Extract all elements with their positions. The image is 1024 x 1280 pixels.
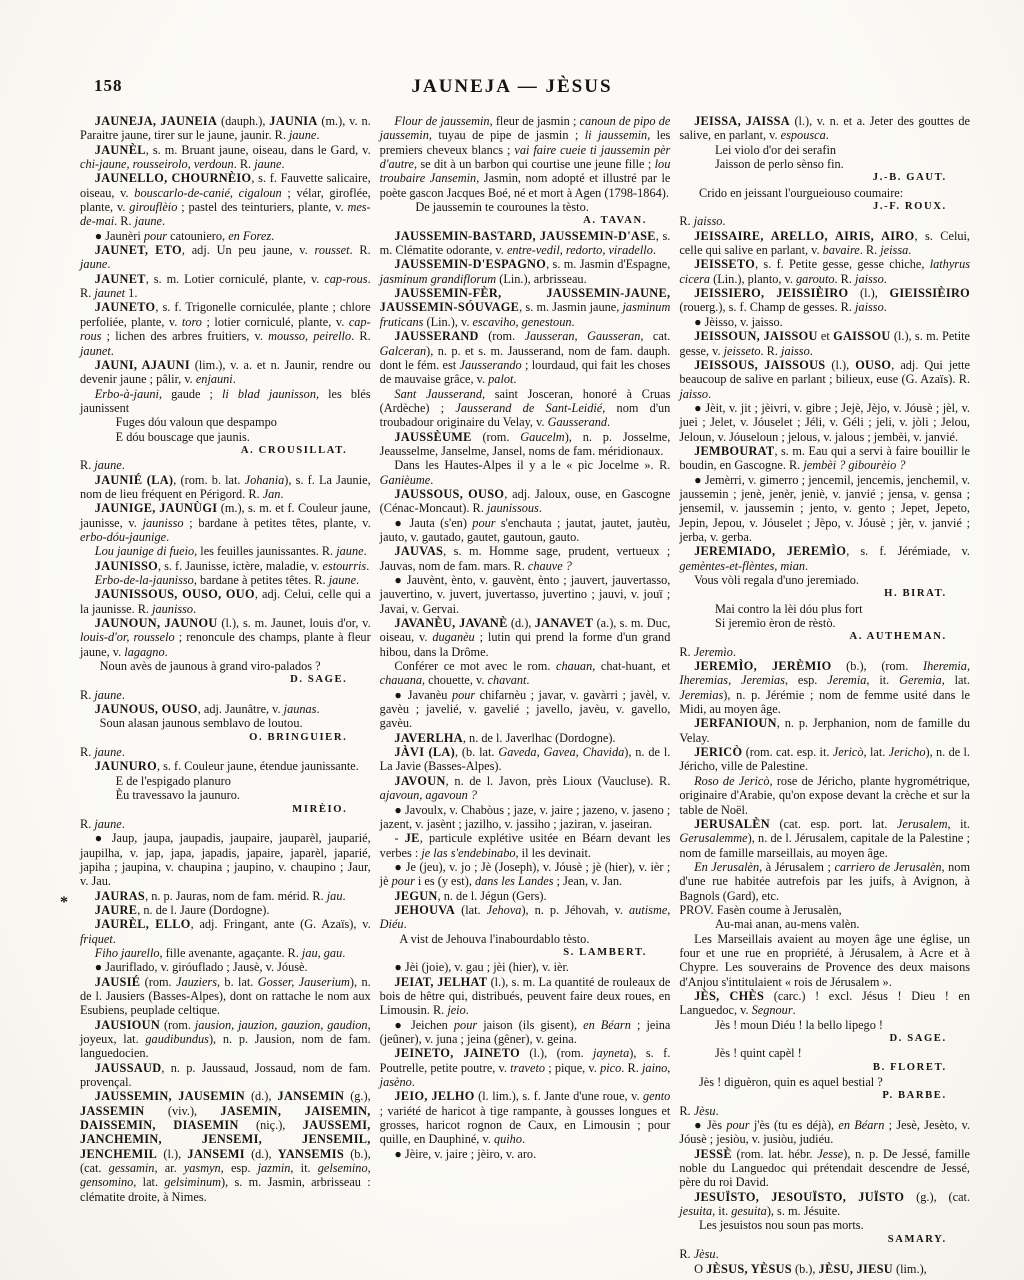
- dictionary-paragraph: Èu travessavo la jaunuro.: [116, 788, 371, 802]
- dictionary-paragraph: R. Jèsu.: [679, 1104, 970, 1118]
- dictionary-paragraph: R. Jèsu.: [679, 1247, 970, 1261]
- dictionary-paragraph: JAUVAS, s. m. Homme sage, prudent, vertu…: [380, 544, 671, 573]
- dictionary-paragraph: E de l'espigado planuro: [116, 774, 371, 788]
- dictionary-paragraph: JEIAT, JELHAT (l.), s. m. La quantité de…: [380, 975, 671, 1018]
- dictionary-paragraph: JERFANIOUN, n. p. Jerphanion, nom de fam…: [679, 716, 970, 745]
- dictionary-paragraph: P. BARBE.: [679, 1089, 970, 1103]
- dictionary-paragraph: JAURE, n. de l. Jaure (Dordogne).: [80, 903, 371, 917]
- dictionary-paragraph: JAUSSEMIN-FÈR, JAUSSEMIN-JAUNE, JAUSSEMI…: [380, 286, 671, 329]
- page-title: JAUNEJA — JÈSUS: [0, 76, 1024, 98]
- dictionary-paragraph: JEISSAIRE, ARELLO, AIRIS, AIRO, s. Celui…: [679, 229, 970, 258]
- dictionary-paragraph: Si jeremìo èron de rèstò.: [715, 616, 970, 630]
- dictionary-paragraph: JESSÈ (rom. lat. hébr. Jesse), n. p. De …: [679, 1147, 970, 1190]
- dictionary-paragraph: Les Marseillais avaient au moyen âge une…: [679, 932, 970, 989]
- dictionary-paragraph: JAUSSERAND (rom. Jausseran, Gausseran, c…: [380, 329, 671, 386]
- dictionary-paragraph: JAUNEJA, JAUNEIA (dauph.), JAUNIA (m.), …: [80, 114, 371, 143]
- dictionary-paragraph: R. jaisso.: [679, 214, 970, 228]
- dictionary-paragraph: J.-B. GAUT.: [679, 171, 970, 185]
- dictionary-paragraph: JEISSETO, s. f. Petite gesse, gesse chic…: [679, 257, 970, 286]
- dictionary-paragraph: JAUSSEMIN-D'ESPAGNO, s. m. Jasmin d'Espa…: [380, 257, 671, 286]
- dictionary-paragraph: JAUNELLO, CHOURNÈIO, s. f. Fauvette sali…: [80, 171, 371, 228]
- dictionary-paragraph: ● Jauta (s'en) pour s'enchauta ; jautat,…: [380, 516, 671, 545]
- dictionary-paragraph: ● Jauriflado, v. giróuflado ; Jausè, v. …: [80, 960, 371, 974]
- dictionary-paragraph: Mai contro la lèi dóu plus fort: [715, 602, 970, 616]
- dictionary-paragraph: JAUNET, ETO, adj. Un peu jaune, v. rouss…: [80, 243, 371, 272]
- dictionary-paragraph: De jaussemin te courounes la tèsto.: [415, 200, 670, 214]
- dictionary-paragraph: Conférer ce mot avec le rom. chauan, cha…: [380, 659, 671, 688]
- dictionary-paragraph: A vist de Jehouva l'inabourdablo tèsto.: [399, 932, 670, 946]
- dictionary-paragraph: S. LAMBERT.: [380, 946, 671, 960]
- dictionary-paragraph: JAUSSEMIN-BASTARD, JAUSSEMIN-D'ASE, s. m…: [380, 229, 671, 258]
- margin-asterisk: *: [60, 894, 68, 912]
- dictionary-paragraph: Lei violo d'or dei serafin: [715, 143, 970, 157]
- dictionary-paragraph: JEMBOURAT, s. m. Eau qui a servi à faire…: [679, 444, 970, 473]
- dictionary-paragraph: JAUNI, AJAUNI (lim.), v. a. et n. Jaunir…: [80, 358, 371, 387]
- dictionary-paragraph: Les jesuistos nou soun pas morts.: [699, 1218, 970, 1232]
- dictionary-paragraph: JAUNISSO, s. f. Jaunisse, ictère, maladi…: [80, 559, 371, 573]
- dictionary-paragraph: Soun alasan jaunous semblavo de loutou.: [100, 716, 371, 730]
- dictionary-paragraph: O JÈSUS, YÈSUS (b.), JÈSU, JIESU (lim.),: [679, 1262, 970, 1276]
- dictionary-paragraph: JEGUN, n. de l. Jégun (Gers).: [380, 889, 671, 903]
- dictionary-paragraph: ● Jaunèri pour catouniero, en Forez.: [80, 229, 371, 243]
- dictionary-paragraph: JEHOUVA (lat. Jehova), n. p. Jéhovah, v.…: [380, 903, 671, 932]
- dictionary-paragraph: Vous vòli regala d'uno jeremiado.: [679, 573, 970, 587]
- dictionary-paragraph: Roso de Jericò, rose de Jéricho, plante …: [679, 774, 970, 817]
- dictionary-paragraph: ● Jemèrri, v. gimerro ; jencemil, jencem…: [679, 473, 970, 545]
- dictionary-paragraph: ● Javoulx, v. Chabòus ; jaze, v. jaire ;…: [380, 803, 671, 832]
- dictionary-paragraph: JAVERLHA, n. de l. Javerlhac (Dordogne).: [380, 731, 671, 745]
- dictionary-paragraph: R. Jeremìo.: [679, 645, 970, 659]
- dictionary-paragraph: JÈS, CHÈS (carc.) ! excl. Jésus ! Dieu !…: [679, 989, 970, 1018]
- dictionary-paragraph: JAURÈL, ELLO, adj. Fringant, ante (G. Az…: [80, 917, 371, 946]
- dictionary-paragraph: JAUNOUN, JAUNOU (l.), s. m. Jaunet, loui…: [80, 616, 371, 659]
- dictionary-paragraph: JAVOUN, n. de l. Javon, près Lioux (Vauc…: [380, 774, 671, 803]
- dictionary-paragraph: R. jaune.: [80, 745, 371, 759]
- dictionary-paragraph: ● Je (jeu), v. jo ; Jè (Joseph), v. Jóus…: [380, 860, 671, 889]
- dictionary-paragraph: Jès ! moun Diéu ! la bello lipego !: [715, 1018, 970, 1032]
- dictionary-paragraph: ● Jèire, v. jaire ; jèiro, v. aro.: [380, 1147, 671, 1161]
- dictionary-paragraph: SAMARY.: [679, 1233, 970, 1247]
- dictionary-paragraph: Jès ! quint capèl !: [715, 1046, 970, 1060]
- dictionary-paragraph: JAUNETO, s. f. Trigonelle corniculée, pl…: [80, 300, 371, 357]
- dictionary-paragraph: Jès ! diguèron, quin es aquel bestial ?: [699, 1075, 970, 1089]
- dictionary-paragraph: Dans les Hautes-Alpes il y a le « pic Jo…: [380, 458, 671, 487]
- dictionary-paragraph: JAUNET, s. m. Lotier corniculé, plante, …: [80, 272, 371, 301]
- dictionary-paragraph: JAUNURO, s. f. Couleur jaune, étendue ja…: [80, 759, 371, 773]
- dictionary-paragraph: O. BRINGUIER.: [80, 731, 371, 745]
- dictionary-paragraph: Lou jaunige di fueio, les feuilles jauni…: [80, 544, 371, 558]
- dictionary-paragraph: JEISSOUN, JAISSOU et GAISSOU (l.), s. m.…: [679, 329, 970, 358]
- dictionary-paragraph: JAUNIÉ (LA), (rom. b. lat. Johania), s. …: [80, 473, 371, 502]
- dictionary-paragraph: JESUÏSTO, JESOUÏSTO, JUÏSTO (g.), (cat. …: [679, 1190, 970, 1219]
- dictionary-paragraph: JAUNOUS, OUSO, adj. Jaunâtre, v. jaunas.: [80, 702, 371, 716]
- dictionary-paragraph: ● Jauvènt, ènto, v. gauvènt, ènto ; jauv…: [380, 573, 671, 616]
- dictionary-paragraph: JAUNISSOUS, OUSO, OUO, adj. Celui, celle…: [80, 587, 371, 616]
- dictionary-paragraph: JERUSALÈN (cat. esp. port. lat. Jerusale…: [679, 817, 970, 860]
- dictionary-paragraph: - JE, particule explétive usitée en Béar…: [380, 831, 671, 860]
- dictionary-paragraph: JEINETO, JAINETO (l.), (rom. jayneta), s…: [380, 1046, 671, 1089]
- dictionary-paragraph: A. AUTHEMAN.: [679, 630, 970, 644]
- dictionary-paragraph: JEISSA, JAISSA (l.), v. n. et a. Jeter d…: [679, 114, 970, 143]
- dictionary-paragraph: JAUSSAUD, n. p. Jaussaud, Jossaud, nom d…: [80, 1061, 371, 1090]
- dictionary-paragraph: JAUNIGE, JAUNÙGI (m.), s. m. et f. Coule…: [80, 501, 371, 544]
- dictionary-paragraph: H. BIRAT.: [679, 587, 970, 601]
- dictionary-paragraph: JAUNÈL, s. m. Bruant jaune, oiseau, dans…: [80, 143, 371, 172]
- text-columns: JAUNEJA, JAUNEIA (dauph.), JAUNIA (m.), …: [80, 114, 970, 1276]
- dictionary-paragraph: B. FLORET.: [679, 1061, 970, 1075]
- dictionary-paragraph: JEIO, JELHO (l. lim.), s. f. Jante d'une…: [380, 1089, 671, 1146]
- dictionary-paragraph: JEREMIADO, JEREMÌO, s. f. Jérémiade, v. …: [679, 544, 970, 573]
- dictionary-paragraph: ● Jèi (joie), v. gau ; jèi (hier), v. iè…: [380, 960, 671, 974]
- dictionary-paragraph: JEISSOUS, JAISSOUS (l.), OUSO, adj. Qui …: [679, 358, 970, 401]
- dictionary-paragraph: Fiho jaurello, fille avenante, agaçante.…: [80, 946, 371, 960]
- dictionary-paragraph: JEISSIERO, JEISSIÈIRO (l.), GIEISSIÈIRO …: [679, 286, 970, 315]
- dictionary-paragraph: ● Jeichen pour jaison (ils gisent), en B…: [380, 1018, 671, 1047]
- dictionary-paragraph: J.-F. ROUX.: [679, 200, 970, 214]
- dictionary-paragraph: PROV. Fasèn coume à Jerusalèn,: [679, 903, 970, 917]
- dictionary-paragraph: D. SAGE.: [80, 673, 371, 687]
- dictionary-paragraph: Au-mai anan, au-mens valèn.: [715, 917, 970, 931]
- dictionary-paragraph: JERICÒ (rom. cat. esp. it. Jericò, lat. …: [679, 745, 970, 774]
- dictionary-paragraph: Jaisson de perlo sènso fin.: [715, 157, 970, 171]
- dictionary-paragraph: JAUSIOUN (rom. jausion, jauzion, gauzion…: [80, 1018, 371, 1061]
- dictionary-paragraph: ● Jaup, jaupa, jaupadis, jaupaire, jaupa…: [80, 831, 371, 888]
- dictionary-paragraph: Fuges dóu valoun que despampo: [116, 415, 371, 429]
- column-1: JAUNEJA, JAUNEIA (dauph.), JAUNIA (m.), …: [80, 114, 371, 1276]
- dictionary-paragraph: ● Jès pour j'ès (tu es déjà), en Béarn ;…: [679, 1118, 970, 1147]
- dictionary-paragraph: R. jaune.: [80, 688, 371, 702]
- dictionary-paragraph: Flour de jaussemin, fleur de jasmin ; ca…: [380, 114, 671, 200]
- dictionary-paragraph: ● Jèisso, v. jaisso.: [679, 315, 970, 329]
- dictionary-paragraph: JAUSSEMIN, JAUSEMIN (d.), JANSEMIN (g.),…: [80, 1089, 371, 1204]
- column-2: Flour de jaussemin, fleur de jasmin ; ca…: [380, 114, 671, 1276]
- dictionary-paragraph: JAUSSÈUME (rom. Gaucelm), n. p. Josselme…: [380, 430, 671, 459]
- dictionary-paragraph: JEREMÌO, JERÈMIO (b.), (rom. Iheremia, I…: [679, 659, 970, 716]
- dictionary-paragraph: E dóu bouscage que jaunis.: [116, 430, 371, 444]
- dictionary-paragraph: ● Javanèu pour chifarnèu ; javar, v. gav…: [380, 688, 671, 731]
- dictionary-paragraph: R. jaune.: [80, 817, 371, 831]
- dictionary-paragraph: JAUSIÉ (rom. Jauziers, b. lat. Gosser, J…: [80, 975, 371, 1018]
- dictionary-paragraph: JAVANÈU, JAVANÈ (d.), JANAVET (a.), s. m…: [380, 616, 671, 659]
- dictionary-paragraph: Crido en jeissant l'ourgueiouso coumaire…: [699, 186, 970, 200]
- dictionary-paragraph: A. CROUSILLAT.: [80, 444, 371, 458]
- dictionary-page: 158 JAUNEJA — JÈSUS * JAUNEJA, JAUNEIA (…: [0, 0, 1024, 1280]
- dictionary-paragraph: R. jaune.: [80, 458, 371, 472]
- dictionary-paragraph: Erbo-de-la-jaunisso, bardane à petites t…: [80, 573, 371, 587]
- dictionary-paragraph: MIRÈIO.: [80, 803, 371, 817]
- dictionary-paragraph: A. TAVAN.: [380, 214, 671, 228]
- dictionary-paragraph: Sant Jausserand, saint Josceran, honoré …: [380, 387, 671, 430]
- dictionary-paragraph: Erbo-à-jauni, gaude ; li blad jaunisson,…: [80, 387, 371, 416]
- dictionary-paragraph: JÀVI (LA), (b. lat. Gaveda, Gavea, Chavi…: [380, 745, 671, 774]
- dictionary-paragraph: En Jerusalèn, à Jérusalem ; carriero de …: [679, 860, 970, 903]
- dictionary-paragraph: Noun avès de jaunous à grand viro-palado…: [100, 659, 371, 673]
- dictionary-paragraph: ● Jèit, v. jit ; jèivri, v. gibre ; Jejè…: [679, 401, 970, 444]
- dictionary-paragraph: JAUSSOUS, OUSO, adj. Jaloux, ouse, en Ga…: [380, 487, 671, 516]
- dictionary-paragraph: JAURAS, n. p. Jauras, nom de fam. mérid.…: [80, 889, 371, 903]
- column-3: JEISSA, JAISSA (l.), v. n. et a. Jeter d…: [679, 114, 970, 1276]
- dictionary-paragraph: D. SAGE.: [679, 1032, 970, 1046]
